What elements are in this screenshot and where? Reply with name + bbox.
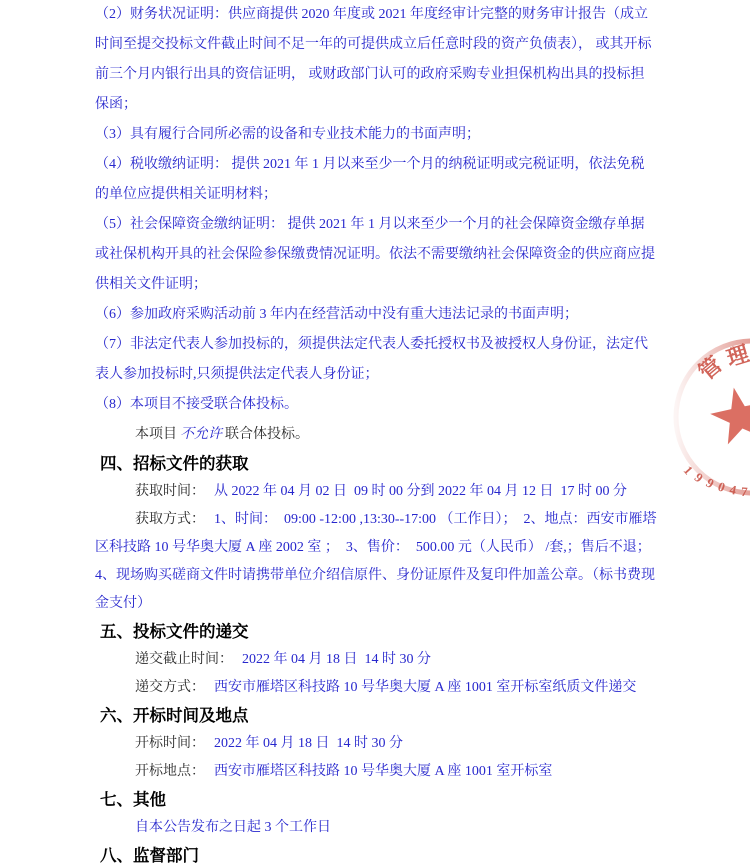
obtain-time-value: 从 2022 年 04 月 02 日 09 时 00 分到 2022 年 04 …	[214, 484, 627, 499]
seal-arc-char-2: 理	[724, 340, 750, 371]
validity-note-text: 自本公告发布之日起 3 个工作日	[135, 820, 331, 835]
validity-note: 自本公告发布之日起 3 个工作日	[95, 814, 657, 842]
obtain-time-label: 获取时间：	[135, 484, 205, 499]
lower-sections: 四、招标文件的获取 获取时间：从 2022 年 04 月 02 日 09 时 0…	[95, 450, 657, 867]
consortium-note: 本项目不允许联合体投标。	[95, 420, 657, 450]
submission-deadline-value: 2022 年 04 月 18 日 14 时 30 分	[242, 652, 431, 667]
bid-opening-place-value: 西安市雁塔区科技路 10 号华奥大厦 A 座 1001 室开标室	[214, 764, 552, 779]
section-8-heading: 八、监督部门	[95, 842, 657, 867]
section-6-heading: 六、开标时间及地点	[95, 702, 657, 730]
consortium-note-suffix: 联合体投标。	[225, 427, 309, 442]
submission-deadline-label: 递交截止时间：	[135, 652, 233, 667]
seal-serial-digit: 9	[692, 470, 707, 486]
bid-opening-place-label: 开标地点：	[135, 764, 205, 779]
bid-opening-time-value: 2022 年 04 月 18 日 14 时 30 分	[214, 736, 403, 751]
consortium-note-prefix: 本项目	[135, 427, 177, 442]
section-4-heading: 四、招标文件的获取	[95, 450, 657, 478]
section-5-heading: 五、投标文件的递交	[95, 618, 657, 646]
qualification-item-4: （4）税收缴纳证明： 提供 2021 年 1 月以来至少一个月的纳税证明或完税证…	[95, 150, 657, 210]
bid-opening-time-row: 开标时间：2022 年 04 月 18 日 14 时 30 分	[95, 730, 657, 758]
seal-arc-char-1: 管	[694, 352, 727, 385]
submission-method-label: 递交方式：	[135, 680, 205, 695]
seal-ring	[676, 341, 750, 493]
bid-opening-time-label: 开标时间：	[135, 736, 205, 751]
seal-serial-digit: 7	[741, 484, 749, 498]
qualification-item-3: （3）具有履行合同所必需的设备和专业技术能力的书面声明；	[95, 120, 657, 150]
consortium-note-emphasis: 不允许	[180, 427, 222, 442]
submission-method-row: 递交方式：西安市雁塔区科技路 10 号华奥大厦 A 座 1001 室开标室纸质文…	[95, 674, 657, 702]
submission-deadline-row: 递交截止时间：2022 年 04 月 18 日 14 时 30 分	[95, 646, 657, 674]
qualification-item-5: （5）社会保障资金缴纳证明： 提供 2021 年 1 月以来至少一个月的社会保障…	[95, 210, 657, 300]
bid-opening-place-row: 开标地点：西安市雁塔区科技路 10 号华奥大厦 A 座 1001 室开标室	[95, 758, 657, 786]
seal-serial-digit: 9	[704, 475, 717, 492]
qualification-section: （2）财务状况证明：供应商提供 2020 年度或 2021 年度经审计完整的财务…	[95, 0, 657, 450]
submission-method-value: 西安市雁塔区科技路 10 号华奥大厦 A 座 1001 室开标室纸质文件递交	[214, 680, 636, 695]
official-seal-stamp: 管 理 1 9 9 0 4 7	[660, 330, 750, 498]
qualification-item-2: （2）财务状况证明：供应商提供 2020 年度或 2021 年度经审计完整的财务…	[95, 0, 657, 120]
document-page: （2）财务状况证明：供应商提供 2020 年度或 2021 年度经审计完整的财务…	[0, 0, 750, 867]
seal-serial-digit: 1	[681, 463, 696, 478]
obtain-method-row: 获取方式：1、时间： 09:00 -12:00 ,13:30--17:00 （工…	[95, 506, 657, 618]
seal-serial-digit: 0	[716, 479, 727, 495]
obtain-time-row: 获取时间：从 2022 年 04 月 02 日 09 时 00 分到 2022 …	[95, 478, 657, 506]
section-7-heading: 七、其他	[95, 786, 657, 814]
qualification-item-8: （8）本项目不接受联合体投标。	[95, 390, 657, 420]
seal-star-icon	[706, 382, 750, 447]
qualification-item-7: （7）非法定代表人参加投标的，须提供法定代表人委托授权书及被授权人身份证，法定代…	[95, 330, 657, 390]
obtain-method-label: 获取方式：	[135, 512, 205, 527]
document-body: （2）财务状况证明：供应商提供 2020 年度或 2021 年度经审计完整的财务…	[95, 0, 657, 867]
qualification-item-6: （6）参加政府采购活动前 3 年内在经营活动中没有重大违法记录的书面声明；	[95, 300, 657, 330]
seal-serial-digit: 4	[728, 482, 738, 498]
